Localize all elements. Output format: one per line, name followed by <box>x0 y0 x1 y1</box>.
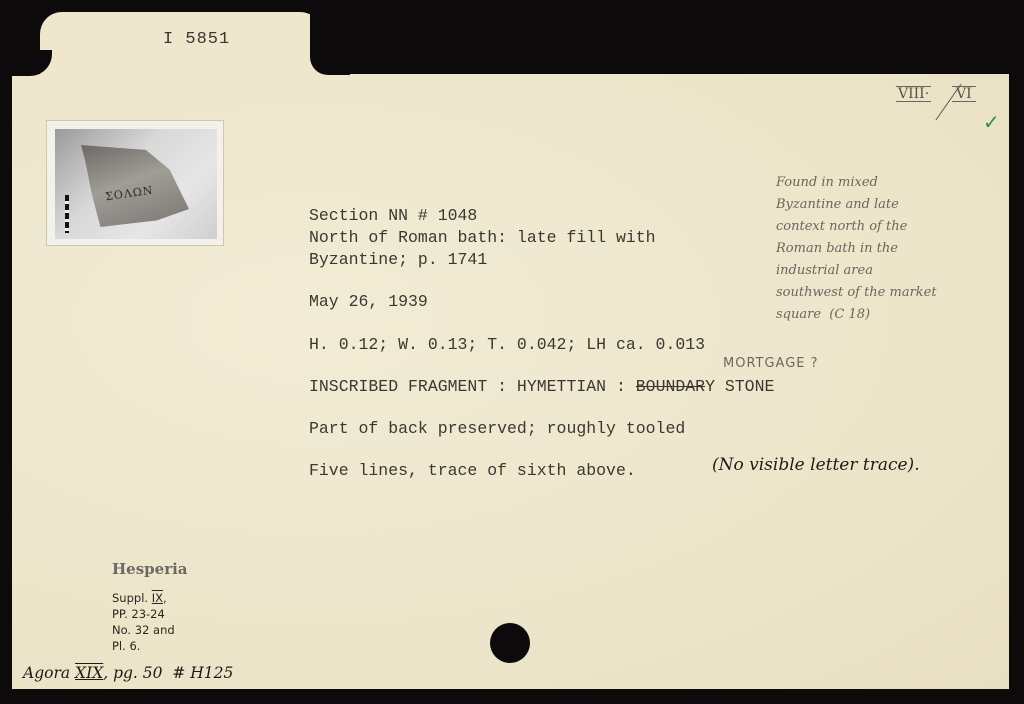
lines-line: Five lines, trace of sixth above. <box>309 460 636 482</box>
agora-rest: , pg. 50 # H125 <box>103 664 233 682</box>
tab-notch-right <box>310 12 350 75</box>
agora-prefix: Agora <box>23 664 75 682</box>
check-mark-icon: ✓ <box>983 110 1000 134</box>
mortgage-correction: MORTGAGE ? <box>723 356 819 371</box>
punch-hole <box>490 623 530 663</box>
numeral-viii: VIII· <box>896 86 931 102</box>
section-line: Section NN # 1048 <box>309 205 477 227</box>
inventory-number: I 5851 <box>163 30 230 49</box>
hesperia-reference: Suppl. IX, PP. 23-24 No. 32 and Pl. 6. <box>112 590 175 654</box>
hesperia-stamp: Hesperia <box>112 560 188 578</box>
card-tab <box>40 12 322 92</box>
numeral-vi: VI <box>952 86 976 102</box>
frame-corner <box>12 12 42 52</box>
struck-word: BOUNDAR <box>636 377 705 396</box>
pencil-findspot-note: Found in mixed Byzantine and late contex… <box>776 172 937 326</box>
type-suffix: Y STONE <box>705 377 774 396</box>
agora-reference: Agora XIX, pg. 50 # H125 <box>23 664 233 682</box>
dimensions-line: H. 0.12; W. 0.13; T. 0.042; LH ca. 0.013 <box>309 334 705 356</box>
location-line-1: North of Roman bath: late fill with <box>309 227 656 249</box>
object-photo: ΣΟΛΩΝ <box>46 120 224 246</box>
suppl-volume: IX <box>152 591 163 605</box>
type-prefix: INSCRIBED FRAGMENT : HYMETTIAN : <box>309 377 636 396</box>
photo-image: ΣΟΛΩΝ <box>55 129 217 239</box>
scale-bar-icon <box>65 195 69 233</box>
agora-volume: XIX <box>75 664 103 682</box>
back-line: Part of back preserved; roughly tooled <box>309 418 685 440</box>
suppl-prefix: Suppl. <box>112 591 152 605</box>
date-line: May 26, 1939 <box>309 291 428 313</box>
location-line-2: Byzantine; p. 1741 <box>309 249 487 271</box>
ink-annotation: (No visible letter trace). <box>712 455 920 475</box>
type-line: INSCRIBED FRAGMENT : HYMETTIAN : BOUNDAR… <box>309 376 774 398</box>
